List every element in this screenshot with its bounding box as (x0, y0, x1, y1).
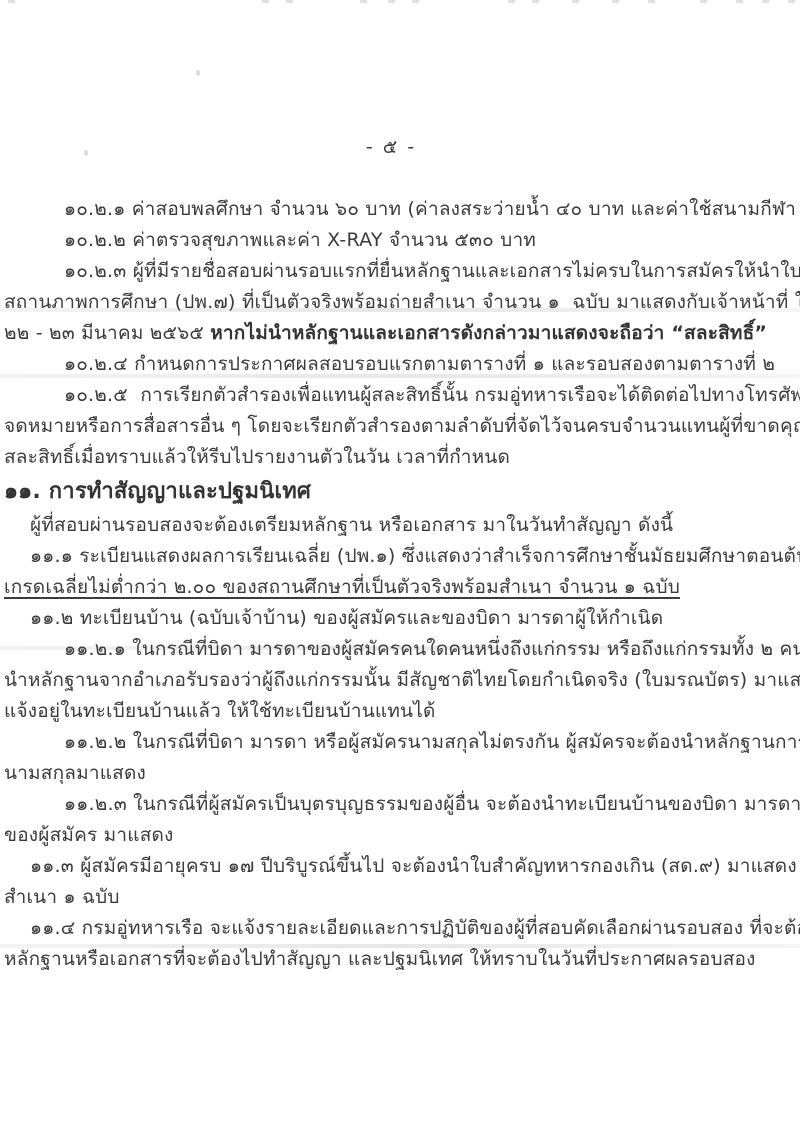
text-line: เกรดเฉลี่ยไม่ต่ำกว่า ๒.๐๐ ของสถานศึกษาที… (4, 572, 798, 603)
text-segment: ๑๑.๒.๓ ในกรณีที่ผู้สมัครเป็นบุตรบุญธรรมข… (64, 793, 800, 815)
text-segment: ๑๑. การทำสัญญาและปฐมนิเทศ (4, 479, 311, 504)
text-segment: ๒๒ - ๒๓ มีนาคม ๒๕๖๕ (4, 322, 210, 344)
text-line: ๑๐.๒.๔ กำหนดการประกาศผลสอบรอบแรกตามตาราง… (4, 349, 798, 380)
text-segment: จดหมายหรือการสื่อสารอื่น ๆ โดยจะเรียกตัว… (4, 415, 800, 437)
text-segment: หลักฐานหรือเอกสารที่จะต้องไปทำสัญญา และป… (4, 948, 756, 970)
text-segment: ของผู้สมัคร มาแสดง (4, 824, 174, 846)
text-line: ๒๒ - ๒๓ มีนาคม ๒๕๖๕ หากไม่นำหลักฐานและเอ… (4, 318, 798, 349)
text-segment: สละสิทธิ์เมื่อทราบแล้วให้รีบไปรายงานตัวใ… (4, 446, 510, 468)
text-segment: นำหลักฐานจากอำเภอรับรองว่าผู้ถึงแก่กรรมน… (4, 669, 800, 691)
text-line: ๑๑.๒.๒ ในกรณีที่บิดา มารดา หรือผู้สมัครน… (4, 727, 798, 758)
text-line: จดหมายหรือการสื่อสารอื่น ๆ โดยจะเรียกตัว… (4, 411, 798, 442)
text-segment: เกรดเฉลี่ยไม่ต่ำกว่า ๒.๐๐ ของสถานศึกษาที… (4, 576, 680, 598)
text-line: ของผู้สมัคร มาแสดง (4, 820, 798, 851)
text-line: สละสิทธิ์เมื่อทราบแล้วให้รีบไปรายงานตัวใ… (4, 442, 798, 473)
text-segment: ๑๑.๒.๒ ในกรณีที่บิดา มารดา หรือผู้สมัครน… (64, 731, 800, 753)
text-segment: ๑๐.๒.๓ ผู้ที่มีรายชื่อสอบผ่านรอบแรกที่ยื… (64, 260, 800, 282)
document-body: ๑๐.๒.๑ ค่าสอบพลศึกษา จำนวน ๖๐ บาท (ค่าลง… (4, 194, 798, 975)
text-segment: ๑๐.๒.๔ กำหนดการประกาศผลสอบรอบแรกตามตาราง… (64, 353, 775, 375)
text-segment: ผู้ที่สอบผ่านรอบสองจะต้องเตรียมหลักฐาน ห… (30, 514, 673, 536)
scanned-document-page: - ๕ - ๑๐.๒.๑ ค่าสอบพลศึกษา จำนวน ๖๐ บาท … (0, 0, 800, 1129)
text-segment: ๑๐.๒.๑ ค่าสอบพลศึกษา จำนวน ๖๐ บาท (ค่าลง… (64, 198, 800, 220)
text-segment: สถานภาพการศึกษา (ปพ.๗) ที่เป็นตัวจริงพร้… (4, 291, 800, 313)
text-segment: นามสกุลมาแสดง (4, 762, 146, 784)
text-line: นำหลักฐานจากอำเภอรับรองว่าผู้ถึงแก่กรรมน… (4, 665, 798, 696)
page-number: - ๕ - (0, 132, 782, 162)
text-segment: ๑๐.๒.๒ ค่าตรวจสุขภาพและค่า X-RAY จำนวน ๕… (64, 229, 536, 251)
scan-artifact-top-edge (0, 0, 800, 6)
text-segment: ๑๑.๒ ทะเบียนบ้าน (ฉบับเจ้าบ้าน) ของผู้สม… (30, 607, 663, 629)
scan-speck (196, 70, 200, 76)
text-segment: หากไม่นำหลักฐานและเอกสารดังกล่าวมาแสดงจะ… (210, 322, 767, 344)
text-line: ๑๑.๒.๑ ในกรณีที่บิดา มารดาของผู้สมัครคนใ… (4, 634, 798, 665)
text-line: ๑๑.๔ กรมอู่ทหารเรือ จะแจ้งรายละเอียดและก… (4, 913, 798, 944)
text-line: สถานภาพการศึกษา (ปพ.๗) ที่เป็นตัวจริงพร้… (4, 287, 798, 318)
text-line: นามสกุลมาแสดง (4, 758, 798, 789)
text-line: สำเนา ๑ ฉบับ (4, 882, 798, 913)
text-line: แจ้งอยู่ในทะเบียนบ้านแล้ว ให้ใช้ทะเบียนบ… (4, 696, 798, 727)
text-line: ๑๑.๒ ทะเบียนบ้าน (ฉบับเจ้าบ้าน) ของผู้สม… (4, 603, 798, 634)
section-heading: ๑๑. การทำสัญญาและปฐมนิเทศ (4, 473, 798, 510)
text-segment: ๑๐.๒.๕ การเรียกตัวสำรองเพื่อแทนผู้สละสิท… (64, 384, 800, 406)
text-line: หลักฐานหรือเอกสารที่จะต้องไปทำสัญญา และป… (4, 944, 798, 975)
text-segment: ๑๑.๒.๑ ในกรณีที่บิดา มารดาของผู้สมัครคนใ… (64, 638, 800, 660)
text-line: ๑๑.๑ ระเบียนแสดงผลการเรียนเฉลี่ย (ปพ.๑) … (4, 541, 798, 572)
text-line: ๑๑.๓ ผู้สมัครมีอายุครบ ๑๗ ปีบริบูรณ์ขึ้น… (4, 851, 798, 882)
text-segment: ๑๑.๑ ระเบียนแสดงผลการเรียนเฉลี่ย (ปพ.๑) … (30, 545, 800, 567)
text-segment: ๑๑.๔ กรมอู่ทหารเรือ จะแจ้งรายละเอียดและก… (30, 917, 800, 939)
text-segment: ๑๑.๓ ผู้สมัครมีอายุครบ ๑๗ ปีบริบูรณ์ขึ้น… (30, 855, 800, 877)
text-line: ๑๐.๒.๕ การเรียกตัวสำรองเพื่อแทนผู้สละสิท… (4, 380, 798, 411)
text-segment: แจ้งอยู่ในทะเบียนบ้านแล้ว ให้ใช้ทะเบียนบ… (4, 700, 436, 722)
text-line: ๑๐.๒.๓ ผู้ที่มีรายชื่อสอบผ่านรอบแรกที่ยื… (4, 256, 798, 287)
text-segment: สำเนา ๑ ฉบับ (4, 886, 120, 908)
text-line: ผู้ที่สอบผ่านรอบสองจะต้องเตรียมหลักฐาน ห… (4, 510, 798, 541)
text-line: ๑๐.๒.๑ ค่าสอบพลศึกษา จำนวน ๖๐ บาท (ค่าลง… (4, 194, 798, 225)
text-line: ๑๐.๒.๒ ค่าตรวจสุขภาพและค่า X-RAY จำนวน ๕… (4, 225, 798, 256)
text-line: ๑๑.๒.๓ ในกรณีที่ผู้สมัครเป็นบุตรบุญธรรมข… (4, 789, 798, 820)
